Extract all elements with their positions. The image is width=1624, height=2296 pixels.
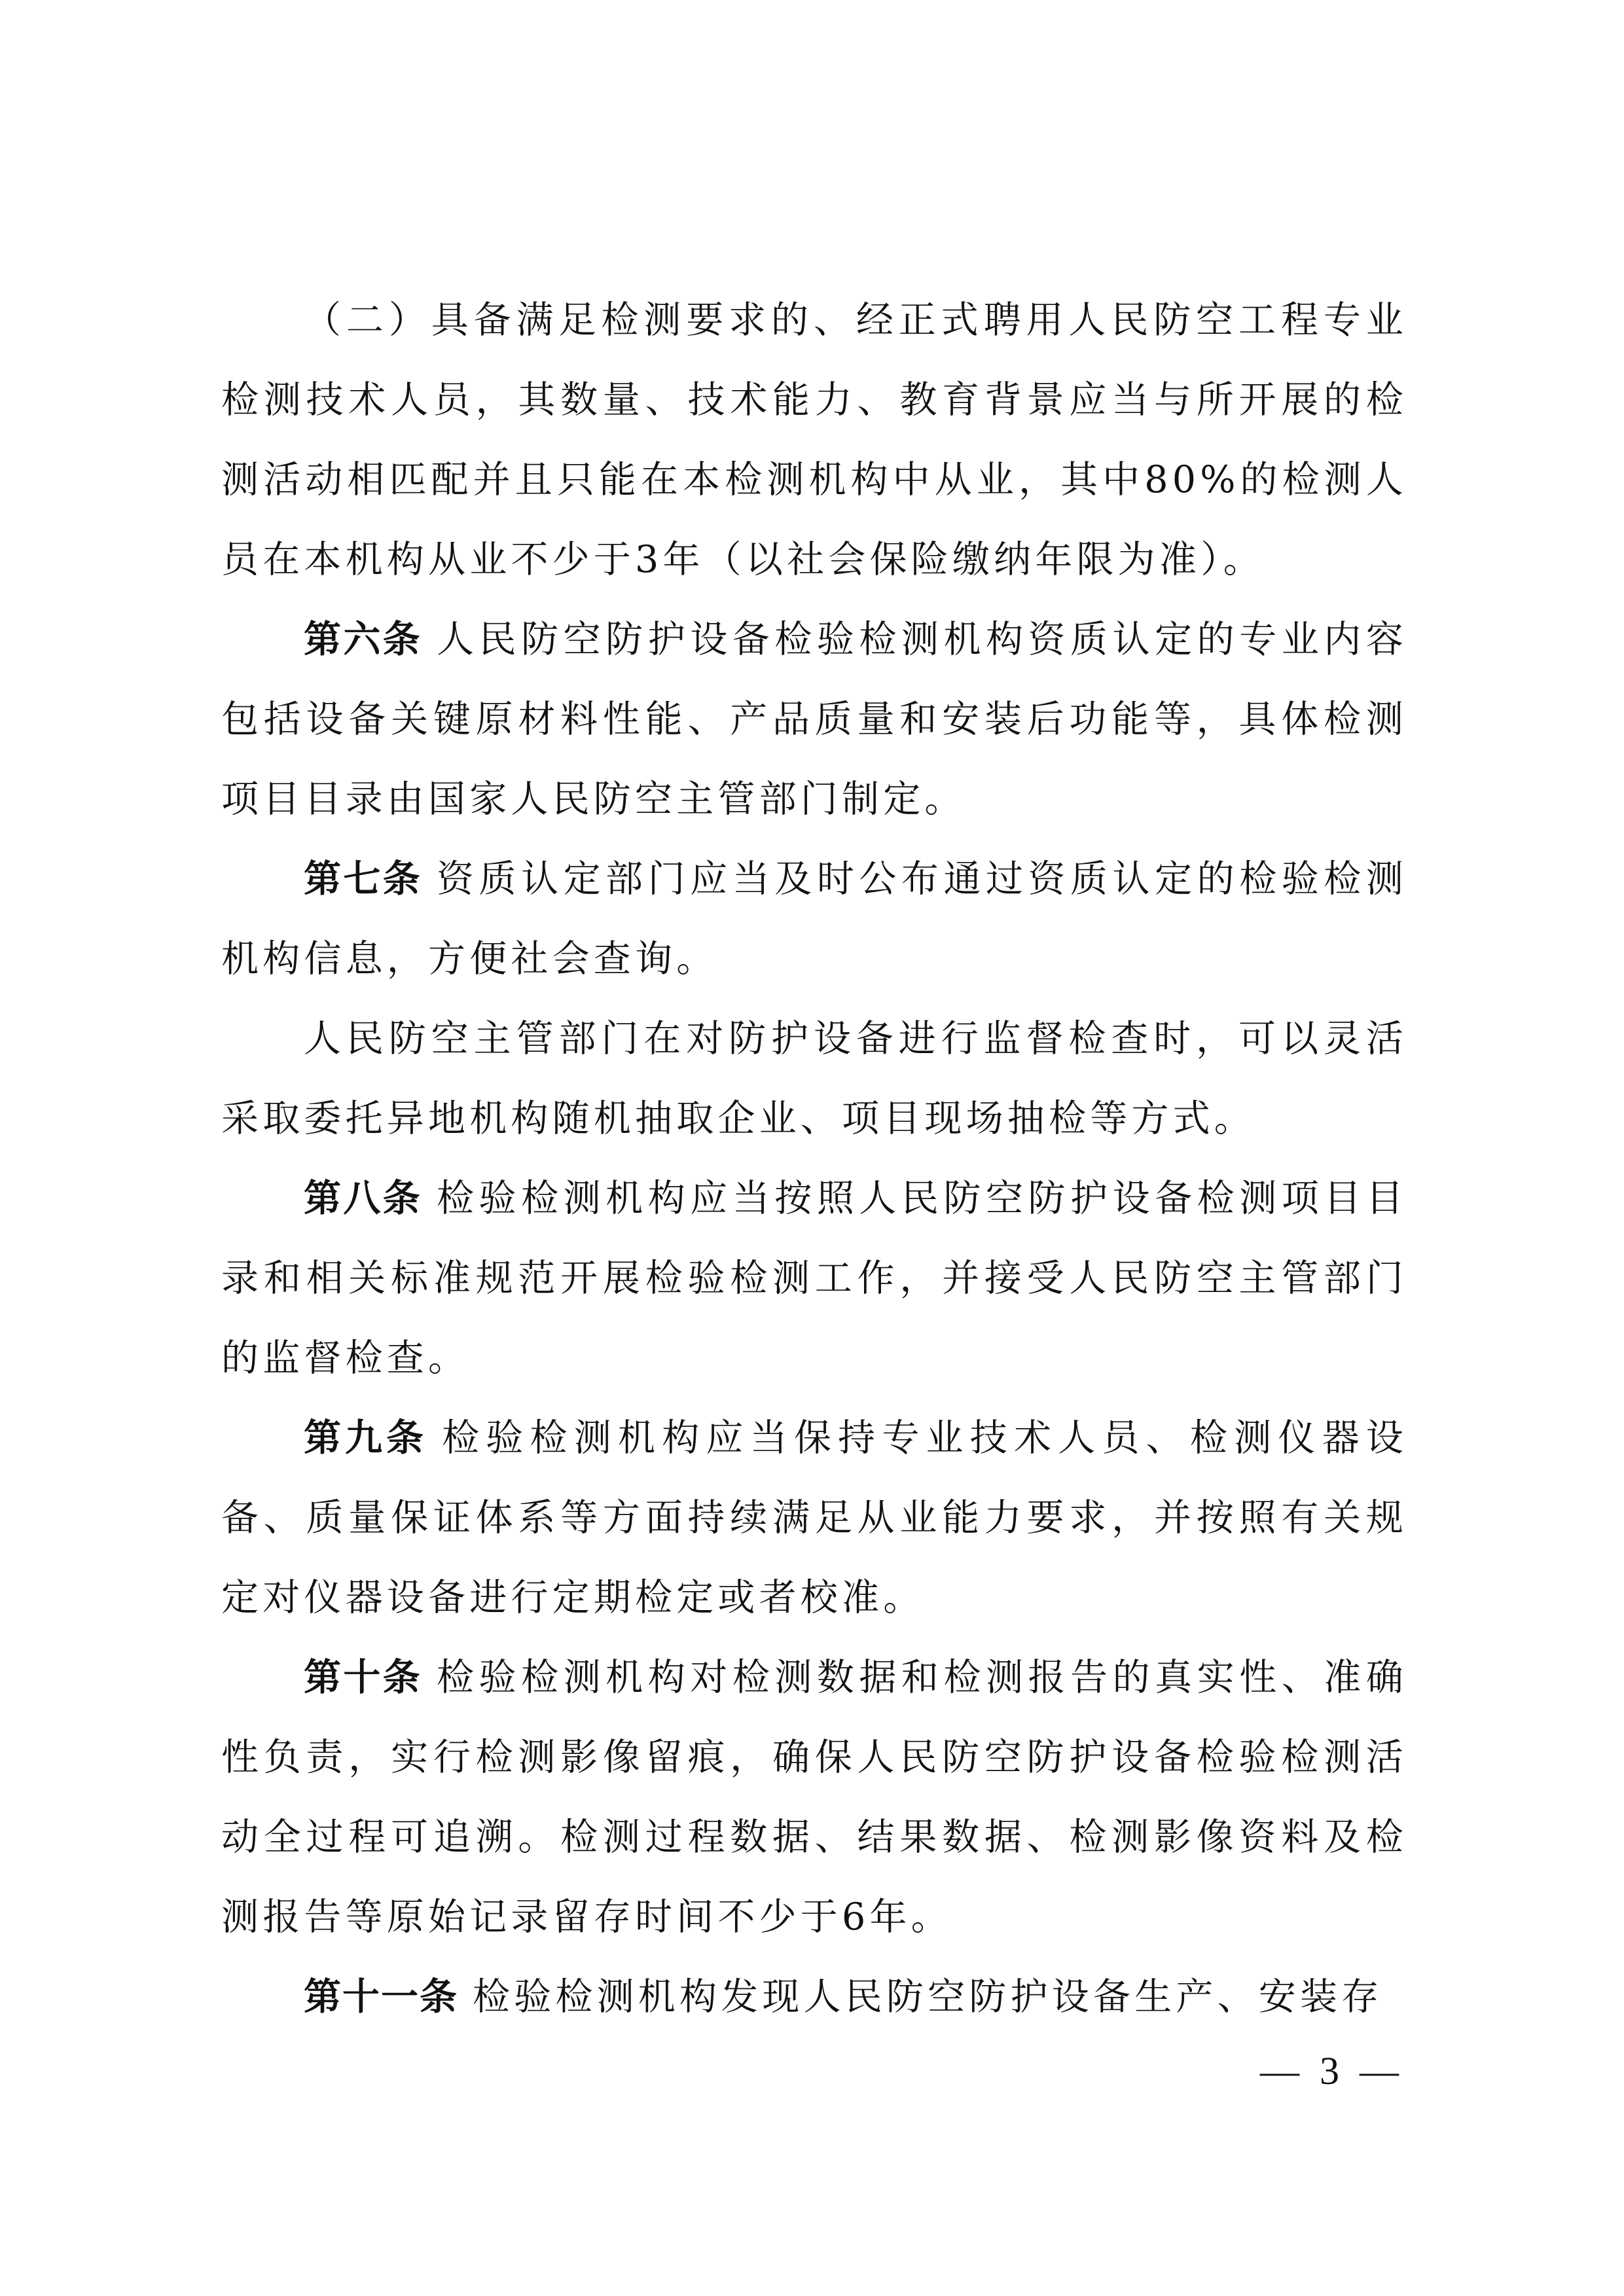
article-6: 第六条人民防空防护设备检验检测机构资质认定的专业内容包括设备关键原材料性能、产品… xyxy=(221,600,1407,839)
page-number: — 3 — xyxy=(1260,2049,1404,2094)
article-heading: 第六条 xyxy=(304,618,422,661)
article-heading: 第九条 xyxy=(304,1416,427,1460)
article-9: 第九条检验检测机构应当保持专业技术人员、检测仪器设备、质量保证体系等方面持续满足… xyxy=(221,1398,1407,1638)
paragraph-personnel-requirement: （二）具备满足检测要求的、经正式聘用人民防空工程专业检测技术人员，其数量、技术能… xyxy=(221,280,1407,600)
article-heading: 第八条 xyxy=(304,1177,422,1220)
paragraph-text: 人民防空主管部门在对防护设备进行监督检查时，可以灵活采取委托异地机构随机抽取企业… xyxy=(221,1017,1407,1140)
article-heading: 第十条 xyxy=(304,1656,422,1699)
article-8: 第八条检验检测机构应当按照人民防空防护设备检测项目目录和相关标准规范开展检验检测… xyxy=(221,1158,1407,1398)
article-heading: 第十一条 xyxy=(304,1975,458,2018)
article-heading: 第七条 xyxy=(304,857,422,901)
paragraph-text: 检验检测机构发现人民防空防护设备生产、安装存 xyxy=(473,1975,1382,2018)
article-7-supplement: 人民防空主管部门在对防护设备进行监督检查时，可以灵活采取委托异地机构随机抽取企业… xyxy=(221,999,1407,1158)
article-7: 第七条资质认定部门应当及时公布通过资质认定的检验检测机构信息，方便社会查询。 xyxy=(221,839,1407,999)
document-page: （二）具备满足检测要求的、经正式聘用人民防空工程专业检测技术人员，其数量、技术能… xyxy=(221,280,1407,2037)
article-10: 第十条检验检测机构对检测数据和检测报告的真实性、准确性负责，实行检测影像留痕，确… xyxy=(221,1638,1407,1957)
paragraph-text: （二）具备满足检测要求的、经正式聘用人民防空工程专业检测技术人员，其数量、技术能… xyxy=(221,298,1407,581)
article-11: 第十一条检验检测机构发现人民防空防护设备生产、安装存 xyxy=(221,1957,1407,2037)
